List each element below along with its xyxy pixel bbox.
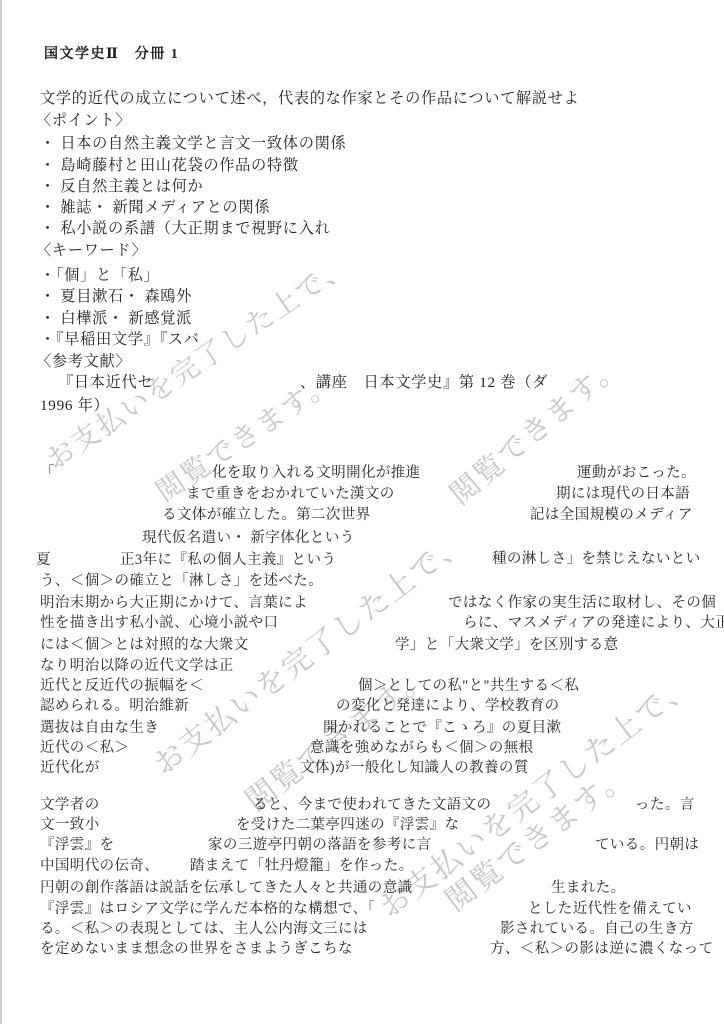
- body-text-fragment: 影されている。自己の生き方: [500, 921, 694, 938]
- body-text-fragment: 明治末期から大正期にかけて、言葉によ: [40, 595, 308, 612]
- body-text-fragment: 生まれた。: [551, 880, 626, 897]
- body-text-fragment: 家の三遊亭円朝の落語を参考に言: [208, 837, 432, 854]
- body-text-fragment: 記は全国規模のメディア: [530, 507, 693, 524]
- body-text-fragment: 性を描き出す私小説、心境小説や口: [40, 615, 278, 632]
- body-text-fragment: 認められる。明治維新: [40, 698, 189, 715]
- body-text-fragment: 文学者の: [40, 797, 100, 814]
- body-text-fragment: を受けた二葉亭四迷の『浮雲』な: [236, 817, 460, 834]
- body-text-fragment: 意識を強めながらも＜個＞の無根: [310, 740, 534, 757]
- body-text-fragment: 「: [40, 465, 55, 482]
- body-text-layer: 「化を取り入れる文明開化が推進運動がおこった。まで重きをおかれていた漢文の期には…: [0, 0, 724, 1024]
- body-text-fragment: なり明治以降の近代文学は正: [40, 658, 234, 675]
- body-text-fragment: まで重きをおかれていた漢文の: [186, 486, 395, 503]
- body-text-fragment: う、＜個＞の確立と「淋しさ」を述べた。: [40, 573, 323, 590]
- body-text-fragment: 学」と「大衆文学」を区別する意: [395, 637, 619, 654]
- body-text-fragment: 個＞としての私"と"共生する＜私: [358, 678, 579, 695]
- body-text-fragment: 踏まえて「牡丹燈籠」を作った。: [190, 858, 414, 875]
- document-page: お支払いを完了した上で、閲覧できます。閲覧できます。お支払いを完了した上で、閲覧…: [0, 0, 724, 1024]
- body-text-fragment: 運動がおこった。: [577, 465, 696, 482]
- body-text-fragment: 方、＜私＞の影は逆に濃くなって: [490, 941, 714, 958]
- body-text-fragment: 中国明代の伝奇、: [40, 858, 159, 875]
- body-text-fragment: を定めないまま想念の世界をさまようぎこちな: [40, 941, 353, 958]
- body-text-fragment: らに、マスメディアの発達により、大正期: [463, 615, 724, 632]
- body-text-fragment: 化を取り入れる文明開化が推進: [212, 465, 421, 482]
- body-text-fragment: 開かれることで『こゝろ』の夏目漱: [323, 720, 561, 737]
- body-text-fragment: 近代化が: [40, 760, 100, 777]
- body-text-fragment: 円朝の創作落語は説話を伝承してきた人々と共通の意識: [40, 880, 413, 897]
- body-text-fragment: 正3年に『私の個人主義』という: [120, 552, 336, 569]
- body-text-fragment: 近代の＜私＞: [40, 740, 129, 757]
- body-text-fragment: 夏: [36, 552, 51, 569]
- body-text-fragment: 近代と反近代の振幅を＜: [40, 678, 204, 695]
- body-text-fragment: 『浮雲』はロシア文学に学んだ本格的な構想で、「: [40, 901, 375, 918]
- body-text-fragment: 現代仮名遣い・ 新字体化という: [142, 530, 355, 547]
- body-text-fragment: 期には現代の日本語: [556, 486, 690, 503]
- body-text-fragment: には＜個＞とは対照的な大衆文: [40, 637, 249, 654]
- body-text-fragment: 選抜は自由な生き: [40, 720, 159, 737]
- body-text-fragment: 文一致小: [40, 817, 100, 834]
- body-text-fragment: ている。円朝は: [595, 837, 699, 854]
- body-text-fragment: とした近代性を備えてい: [528, 901, 692, 918]
- body-text-fragment: る。＜私＞の表現としては、主人公内海文三には: [40, 921, 368, 938]
- body-text-fragment: ではなく作家の実生活に取材し、その個: [448, 595, 716, 612]
- body-text-fragment: ると、今まで使われてきた文語文の: [253, 797, 491, 814]
- body-text-fragment: 『浮雲』を: [40, 837, 115, 854]
- body-text-fragment: 種の淋しさ」を禁じえないとい: [492, 551, 701, 568]
- body-text-fragment: 文体)が一般化し知識人の教養の質: [300, 760, 529, 777]
- body-text-fragment: の変化と発達により、学校教育の: [336, 698, 560, 715]
- body-text-fragment: る文体が確立した。第二次世界: [162, 507, 371, 524]
- body-text-fragment: った。言: [635, 797, 695, 814]
